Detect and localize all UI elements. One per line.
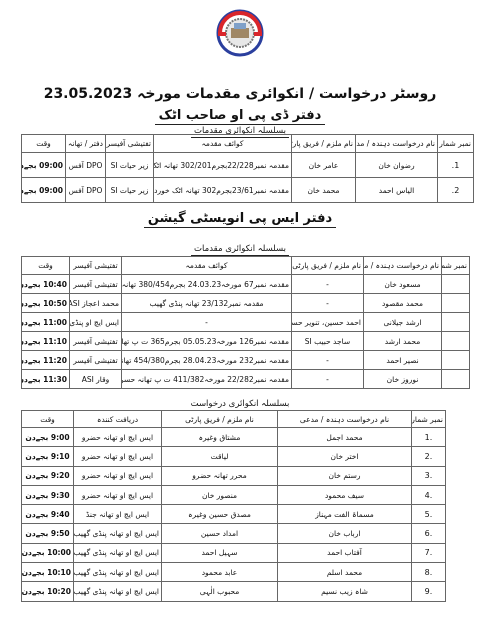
table-header-row: نمبر شمار نام درخواست دہندہ / مدعی نام م…	[22, 257, 470, 275]
page-title: روسٹر درخواست / انکوائری مقدمات مورخہ 23…	[0, 86, 480, 102]
sp-investigation-table: نمبر شمار نام درخواست دہندہ / مدعی نام م…	[21, 256, 470, 389]
enquiry-officer-cell: ایس ایچ او تھانہ حضرو	[74, 466, 162, 485]
accused-cell: عابد محمود	[162, 563, 278, 582]
enquiry-officer-cell: ایس ایچ او تھانہ پنڈی گھیب	[74, 563, 162, 582]
col-investigating-officer: تفتیشی آفیسر	[70, 257, 122, 275]
serial-cell: 2.	[438, 178, 474, 203]
applicant-cell: آفتاب احمد	[278, 543, 412, 562]
col-accused: نام ملزم / فریق پارٹی	[292, 135, 356, 153]
accused-cell: -	[292, 351, 364, 370]
case-cell: مقدمہ نمبر23/132 تھانہ پنڈی گھیب	[122, 294, 292, 313]
applicant-cell: محمد اسلم	[278, 563, 412, 582]
case-cell: مقدمہ نمبر126 مورخہ05.05.23 بجرم365 ت پ …	[122, 332, 292, 351]
serial-cell: .4	[412, 485, 446, 504]
table-row: ارشد جیلانی احمد حسین، تنویر حسین - ایس …	[22, 313, 470, 332]
applicant-cell: ارباب خان	[278, 524, 412, 543]
time-cell: 09:00 بجےدن	[22, 178, 66, 203]
enquiry-officer-cell: ایس ایچ او تھانہ حضرو	[74, 447, 162, 466]
table-row: .3 رستم خان محرر تھانہ حضرو ایس ایچ او ت…	[22, 466, 446, 485]
table-row: .1 محمد اجمل مشتاق وغیرہ ایس ایچ او تھان…	[22, 428, 446, 447]
accused-cell: مشتاق وغیرہ	[162, 428, 278, 447]
applicant-cell: رستم خان	[278, 466, 412, 485]
officer-cell: ایس ایچ او پنڈی گھیب	[70, 313, 122, 332]
time-cell: 10:10 بجےدن	[22, 563, 74, 582]
case-cell: مقدمہ نمبر232 مورخہ28.04.23 بجرم454/380 …	[122, 351, 292, 370]
serial-cell	[442, 275, 470, 294]
accused-cell: منصور خان	[162, 485, 278, 504]
accused-cell: -	[292, 275, 364, 294]
applicant-cell: الیاس احمد	[356, 178, 438, 203]
table-row: 1. رضوان خان عامر خان مقدمہ نمبر22/228بج…	[22, 153, 474, 178]
serial-cell	[442, 370, 470, 389]
serial-cell	[442, 332, 470, 351]
applicant-cell: شاہ زیب نسیم	[278, 582, 412, 601]
col-applicant: نام درخواست دہندہ / مدعی	[356, 135, 438, 153]
applicant-cell: رضوان خان	[356, 153, 438, 178]
col-office: دفتر / تھانہ	[66, 135, 106, 153]
section2-subtitle: بسلسلہ انکوائری مقدمات	[0, 243, 480, 254]
serial-cell: .6	[412, 524, 446, 543]
enquiry-officer-cell: ایس ایچ او تھانہ پنڈی گھیب	[74, 524, 162, 543]
serial-cell	[442, 294, 470, 313]
time-cell: 11:00 بجےدن	[22, 313, 70, 332]
applicant-cell: محمد اجمل	[278, 428, 412, 447]
time-cell: 9:30 بجےدن	[22, 485, 74, 504]
applicant-cell: مسماۃ الفت مہناز	[278, 505, 412, 524]
table-row: مسعود خان - مقدمہ نمبر67 مورخہ24.03.23 ب…	[22, 275, 470, 294]
enquiry-officer-cell: ایس ایچ او تھانہ پنڈی گھیب	[74, 543, 162, 562]
col-time: وقت	[22, 135, 66, 153]
serial-cell: 1.	[438, 153, 474, 178]
serial-cell: .1	[412, 428, 446, 447]
col-investigating-officer: تفتیشی آفیسر	[106, 135, 154, 153]
table-row: نصیر احمد - مقدمہ نمبر232 مورخہ28.04.23 …	[22, 351, 470, 370]
applicant-cell: سیف محمود	[278, 485, 412, 504]
col-serial: نمبر شمار	[412, 411, 446, 428]
col-applicant: نام درخواست دہندہ / مدعی	[278, 411, 412, 428]
table-row: .2 اختر خان لیاقت ایس ایچ او تھانہ حضرو …	[22, 447, 446, 466]
time-cell: 11:30 بجےدن	[22, 370, 70, 389]
accused-cell: محبوب الٰہی	[162, 582, 278, 601]
col-applicant: نام درخواست دہندہ / مدعی	[364, 257, 442, 275]
officer-cell: زیر حیات SI	[106, 178, 154, 203]
section2-office-heading: دفتر ایس پی انویسٹی گیشن	[0, 211, 480, 226]
section2-office-text: دفتر ایس پی انویسٹی گیشن	[144, 211, 336, 228]
time-cell: 10:40 بجےدن	[22, 275, 70, 294]
case-cell: -	[122, 313, 292, 332]
serial-cell: .3	[412, 466, 446, 485]
serial-cell: .7	[412, 543, 446, 562]
accused-cell: امداد حسین	[162, 524, 278, 543]
officer-cell: تفتیشی آفیسر	[70, 275, 122, 294]
enquiry-officer-cell: ایس ایچ او تھانہ حضرو	[74, 485, 162, 504]
office-cell: DPO آفس	[66, 153, 106, 178]
enquiry-officer-cell: ایس ایچ او تھانہ حضرو	[74, 428, 162, 447]
table-row: نوروز خان - مقدمہ نمبر22/282 مورخہ411/38…	[22, 370, 470, 389]
accused-cell: -	[292, 294, 364, 313]
officer-cell: وقار ASI	[70, 370, 122, 389]
time-cell: 10:50 بجےدن	[22, 294, 70, 313]
case-cell: مقدمہ نمبر67 مورخہ24.03.23 بجرم380/454 ت…	[122, 275, 292, 294]
applicant-cell: اختر خان	[278, 447, 412, 466]
table-row: 2. الیاس احمد محمد خان مقدمہ نمبر23/61بج…	[22, 178, 474, 203]
table-row: محمد ارشد ساجد حبیب SI مقدمہ نمبر126 مور…	[22, 332, 470, 351]
table-row: .9 شاہ زیب نسیم محبوب الٰہی ایس ایچ او ت…	[22, 582, 446, 601]
table-header-row: نمبر شمار نام درخواست دہندہ / مدعی نام م…	[22, 135, 474, 153]
accused-cell: عامر خان	[292, 153, 356, 178]
section2-subtitle-text: بسلسلہ انکوائری مقدمات	[191, 244, 289, 256]
col-case-details: کوائف مقدمہ	[122, 257, 292, 275]
officer-cell: تفتیشی آفیسر	[70, 351, 122, 370]
case-cell: مقدمہ نمبر23/61بجرم302 تھانہ اٹک خورد	[154, 178, 292, 203]
applicant-cell: ارشد جیلانی	[364, 313, 442, 332]
case-cell: مقدمہ نمبر22/228بجرم302/201 تھانہ اٹک خو…	[154, 153, 292, 178]
serial-cell: .5	[412, 505, 446, 524]
col-case-details: کوائف مقدمہ	[154, 135, 292, 153]
time-cell: 9:40 بجےدن	[22, 505, 74, 524]
table-row: .4 سیف محمود منصور خان ایس ایچ او تھانہ …	[22, 485, 446, 504]
table-row: .7 آفتاب احمد سہیل احمد ایس ایچ او تھانہ…	[22, 543, 446, 562]
enquiry-applications-table: نمبر شمار نام درخواست دہندہ / مدعی نام م…	[21, 410, 446, 602]
accused-cell: -	[292, 370, 364, 389]
time-cell: 9:10 بجےدن	[22, 447, 74, 466]
time-cell: 9:50 بجےدن	[22, 524, 74, 543]
col-accused: نام ملزم / فریق پارٹی	[162, 411, 278, 428]
table-row: .8 محمد اسلم عابد محمود ایس ایچ او تھانہ…	[22, 563, 446, 582]
time-cell: 11:10 بجےدن	[22, 332, 70, 351]
table-row: .6 ارباب خان امداد حسین ایس ایچ او تھانہ…	[22, 524, 446, 543]
col-accused: نام ملزم / فریق پارٹی	[292, 257, 364, 275]
table-row: محمد مقصود - مقدمہ نمبر23/132 تھانہ پنڈی…	[22, 294, 470, 313]
applicant-cell: محمد ارشد	[364, 332, 442, 351]
accused-cell: محمد خان	[292, 178, 356, 203]
accused-cell: محرر تھانہ حضرو	[162, 466, 278, 485]
serial-cell: .8	[412, 563, 446, 582]
officer-cell: محمد اعجاز ASI	[70, 294, 122, 313]
accused-cell: لیاقت	[162, 447, 278, 466]
time-cell: 9:00 بجےدن	[22, 428, 74, 447]
serial-cell: .9	[412, 582, 446, 601]
col-serial: نمبر شمار	[438, 135, 474, 153]
police-emblem-logo	[216, 8, 264, 58]
time-cell: 9:20 بجےدن	[22, 466, 74, 485]
table-header-row: نمبر شمار نام درخواست دہندہ / مدعی نام م…	[22, 411, 446, 428]
applicant-cell: نوروز خان	[364, 370, 442, 389]
applicant-cell: محمد مقصود	[364, 294, 442, 313]
time-cell: 09:00 بجےدن	[22, 153, 66, 178]
section3-subtitle: بسلسلہ انکوائری درخواست	[0, 398, 480, 409]
office-cell: DPO آفس	[66, 178, 106, 203]
applicant-cell: نصیر احمد	[364, 351, 442, 370]
time-cell: 11:20 بجےدن	[22, 351, 70, 370]
case-cell: مقدمہ نمبر22/282 مورخہ411/382 ت پ تھانہ …	[122, 370, 292, 389]
col-enquiry-officer: دریافت کنندہ	[74, 411, 162, 428]
dpo-enquiry-table: نمبر شمار نام درخواست دہندہ / مدعی نام م…	[21, 134, 474, 203]
accused-cell: سہیل احمد	[162, 543, 278, 562]
col-time: وقت	[22, 257, 70, 275]
serial-cell: .2	[412, 447, 446, 466]
section1-office-text: دفتر ڈی پی او صاحب اٹک	[155, 108, 326, 125]
col-serial: نمبر شمار	[442, 257, 470, 275]
enquiry-officer-cell: ایس ایچ او تھانہ پنڈی گھیب	[74, 582, 162, 601]
serial-cell	[442, 313, 470, 332]
officer-cell: تفتیشی آفیسر	[70, 332, 122, 351]
accused-cell: ساجد حبیب SI	[292, 332, 364, 351]
col-time: وقت	[22, 411, 74, 428]
time-cell: 10:00 بجےدن	[22, 543, 74, 562]
accused-cell: احمد حسین، تنویر حسین	[292, 313, 364, 332]
serial-cell	[442, 351, 470, 370]
time-cell: 10:20 بجےدن	[22, 582, 74, 601]
enquiry-officer-cell: ایس ایچ او تھانہ جنڈ	[74, 505, 162, 524]
officer-cell: زیر حیات SI	[106, 153, 154, 178]
accused-cell: مصدق حسین وغیرہ	[162, 505, 278, 524]
applicant-cell: مسعود خان	[364, 275, 442, 294]
table-row: .5 مسماۃ الفت مہناز مصدق حسین وغیرہ ایس …	[22, 505, 446, 524]
section1-office-heading: دفتر ڈی پی او صاحب اٹک	[0, 108, 480, 123]
